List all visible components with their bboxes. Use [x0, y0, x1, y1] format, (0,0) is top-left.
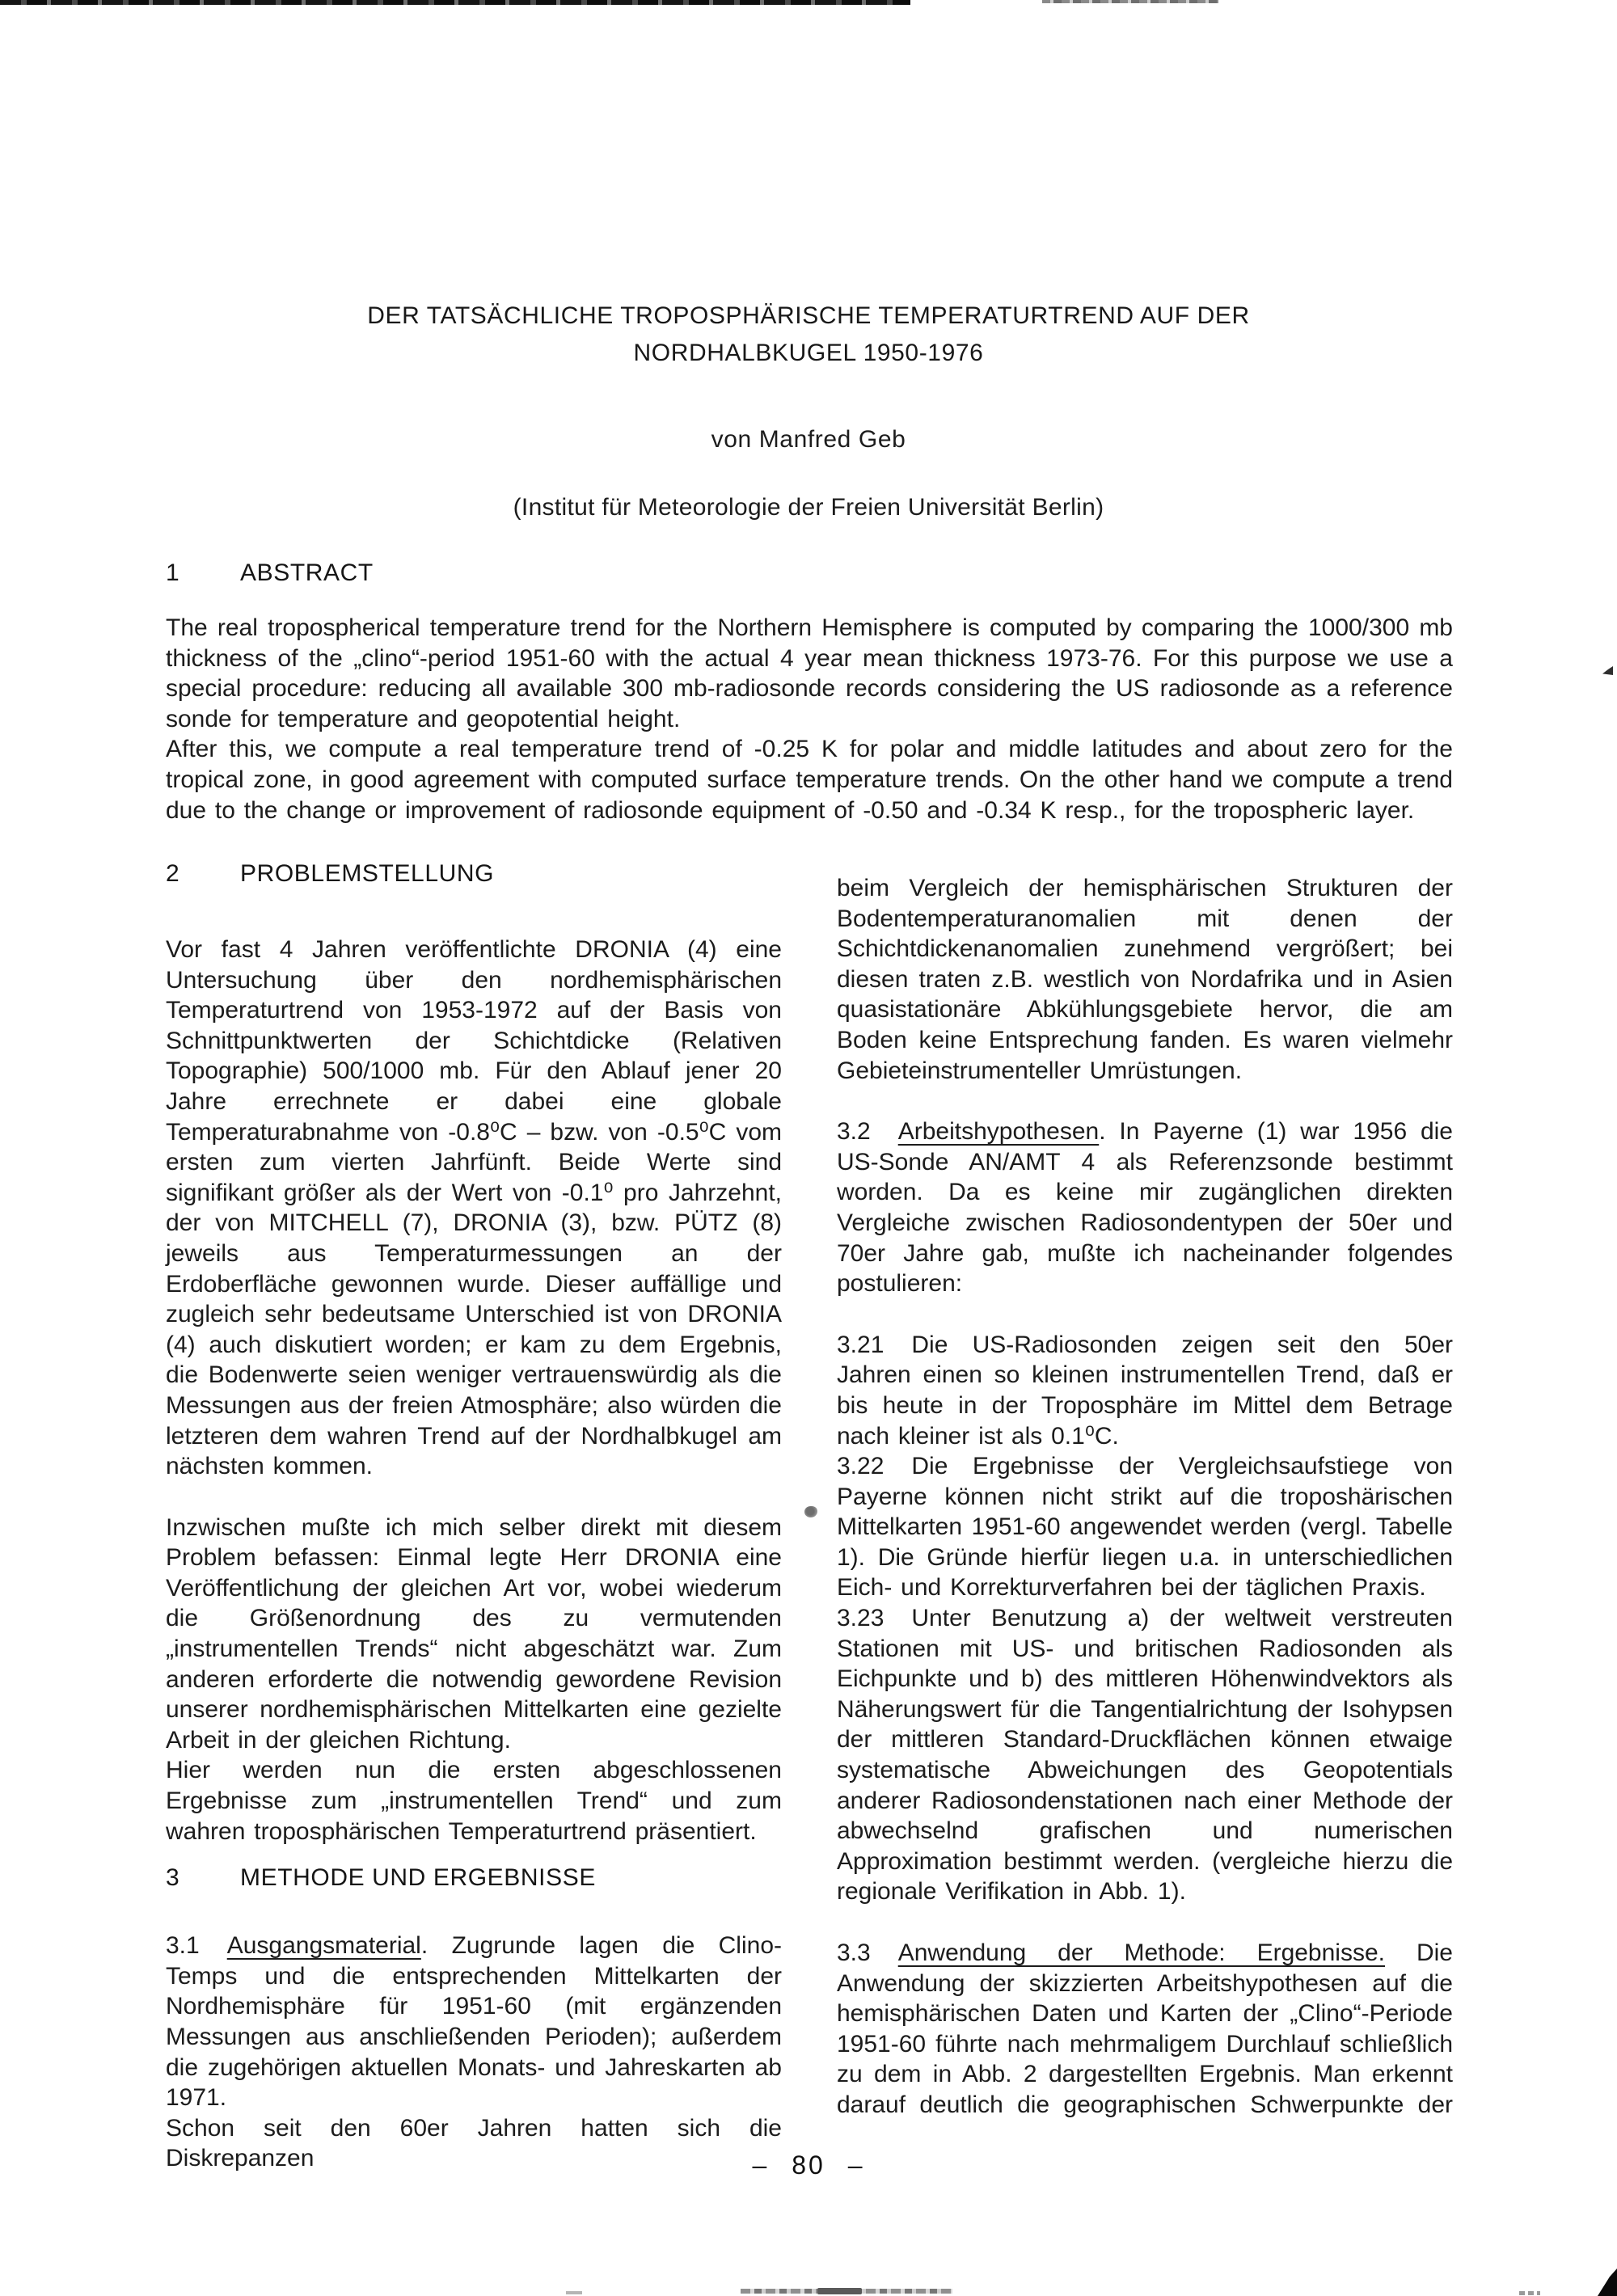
section-2-title: PROBLEMSTELLUNG [240, 860, 494, 887]
abstract-section-heading: 1ABSTRACT [166, 558, 374, 589]
paragraph-problemstellung-2: Inzwischen mußte ich mich selber direkt … [166, 1513, 782, 1756]
paragraph-problemstellung-3: Hier werden nun die ersten abgeschlossen… [166, 1755, 782, 1847]
scan-edge-artifact-top-right [1042, 0, 1218, 3]
abstract-paragraph-1: The real tropospherical temperature tren… [166, 613, 1453, 734]
right-edge-ink-speck [1602, 666, 1613, 675]
scan-edge-artifact-top-left [0, 0, 910, 5]
paragraph-3-22-number: 3.22 [837, 1453, 884, 1479]
right-column: beim Vergleich der hemisphärischen Struk… [837, 873, 1453, 2121]
title-line-2: NORDHALBKUGEL 1950-1976 [0, 335, 1617, 372]
paragraph-3-2-number: 3.2 [837, 1118, 871, 1145]
paragraph-3-21-number: 3.21 [837, 1332, 884, 1358]
paragraph-3-1-number: 3.1 [166, 1932, 200, 1959]
paragraph-3-1-underlined-phrase: Ausgangsmaterial [227, 1932, 421, 1959]
paragraph-3-3: 3.3Anwendung der Methode: Ergebnisse. Di… [837, 1938, 1453, 2121]
paragraph-carryover: beim Vergleich der hemisphärischen Struk… [837, 873, 1453, 1086]
paragraph-3-1-text: . Zugrunde lagen die Clino-Temps und die… [166, 1932, 782, 2111]
section-2-heading: 2PROBLEMSTELLUNG [166, 859, 782, 889]
section-3-heading: 3METHODE UND ERGEBNISSE [166, 1863, 782, 1893]
abstract-section-title: ABSTRACT [240, 559, 374, 586]
paragraph-3-2: 3.2Arbeitshypothesen. In Payerne (1) war… [837, 1116, 1453, 1299]
paragraph-3-21: 3.21Die US-Radiosonden zeigen seit den 5… [837, 1330, 1453, 1451]
paragraph-3-3-number: 3.3 [837, 1939, 871, 1966]
paragraph-3-23-number: 3.23 [837, 1605, 884, 1631]
abstract-text-block: The real tropospherical temperature tren… [166, 613, 1453, 825]
paragraph-3-23-text: Unter Benutzung a) der weltweit verstreu… [837, 1605, 1453, 1905]
paragraph-3-23: 3.23Unter Benutzung a) der weltweit vers… [837, 1603, 1453, 1907]
scanned-paper-page: DER TATSÄCHLICHE TROPOSPHÄRISCHE TEMPERA… [0, 0, 1617, 2296]
title-line-1: DER TATSÄCHLICHE TROPOSPHÄRISCHE TEMPERA… [0, 298, 1617, 335]
document-title: DER TATSÄCHLICHE TROPOSPHÄRISCHE TEMPERA… [0, 298, 1617, 372]
paragraph-3-1: 3.1Ausgangsmaterial. Zugrunde lagen die … [166, 1931, 782, 2113]
paragraph-3-21-text: Die US-Radiosonden zeigen seit den 50er … [837, 1332, 1453, 1450]
paragraph-3-3-text: Die Anwendung der skizzierten Arbeitshyp… [837, 1939, 1453, 2118]
page-number: – 80 – [0, 2150, 1617, 2180]
paragraph-3-22-text: Die Ergebnisse der Vergleichsaufstiege v… [837, 1453, 1453, 1601]
scan-edge-artifact-bottom-left [566, 2291, 582, 2294]
section-3-number: 3 [166, 1863, 240, 1893]
paragraph-3-2-text: . In Payerne (1) war 1956 die US-Sonde A… [837, 1118, 1453, 1297]
section-3-title: METHODE UND ERGEBNISSE [240, 1864, 596, 1891]
scan-edge-artifact-bottom-right [1519, 2291, 1540, 2295]
left-column: 2PROBLEMSTELLUNG Vor fast 4 Jahren veröf… [166, 859, 782, 2174]
abstract-section-number: 1 [166, 558, 240, 589]
paragraph-3-22: 3.22Die Ergebnisse der Vergleichsaufstie… [837, 1451, 1453, 1603]
scan-edge-artifact-bottom-center [741, 2289, 952, 2294]
byline: von Manfred Geb [0, 426, 1617, 454]
abstract-paragraph-2: After this, we compute a real temperatur… [166, 734, 1453, 825]
corner-arrow-mark [1598, 2269, 1617, 2296]
paragraph-3-2-underlined-phrase: Arbeitshypothesen [898, 1118, 1100, 1145]
ink-smudge-mark [804, 1506, 817, 1517]
paragraph-problemstellung-1: Vor fast 4 Jahren veröffentlichte DRONIA… [166, 935, 782, 1482]
paragraph-3-3-underlined-phrase: Anwendung der Methode: Ergebnisse. [898, 1939, 1385, 1966]
section-2-number: 2 [166, 859, 240, 889]
affiliation: (Institut für Meteorologie der Freien Un… [0, 494, 1617, 521]
